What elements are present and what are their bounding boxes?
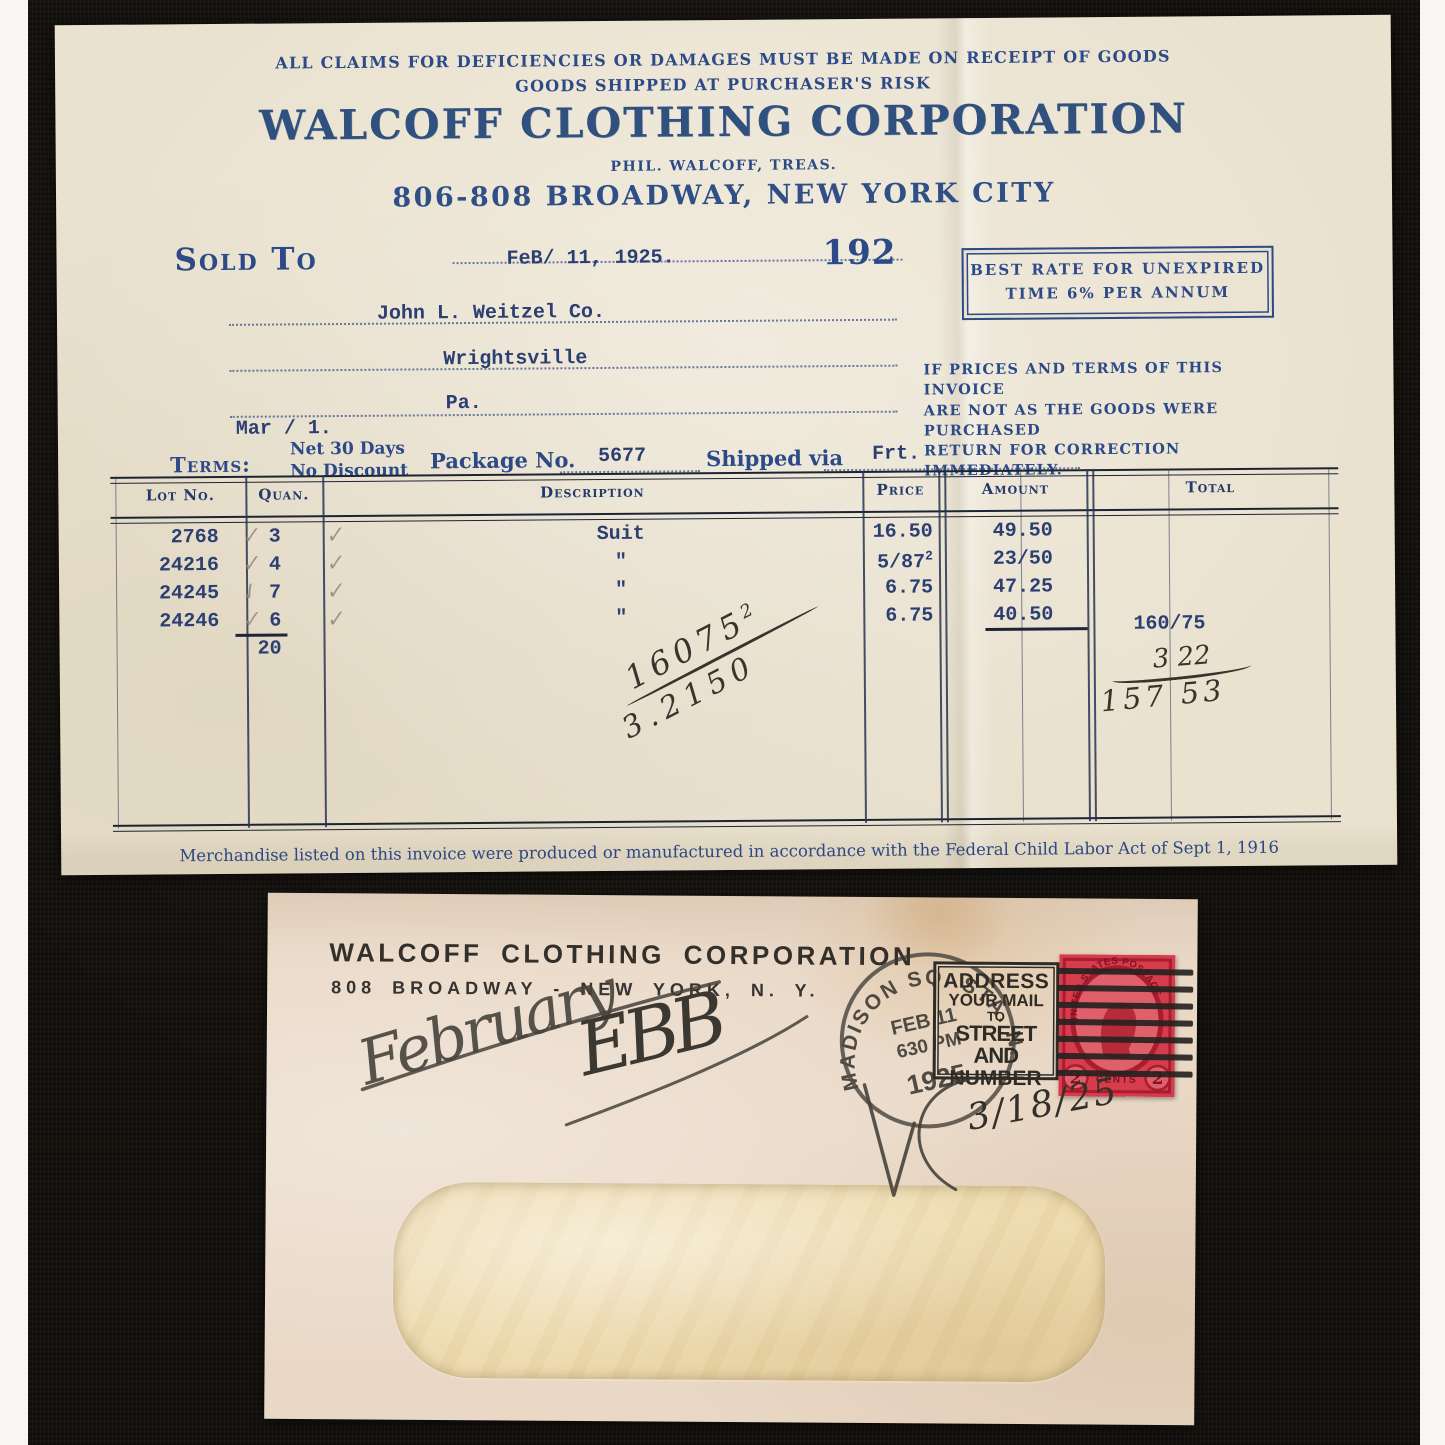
scanned-photo-scene: ALL CLAIMS FOR DEFICIENCIES OR DAMAGES M… <box>0 0 1445 1445</box>
header-amount: Amount <box>944 479 1086 498</box>
price-value: 6.75 <box>813 604 933 628</box>
pencil-tail-stroke <box>362 979 719 1091</box>
price-main: 5/87 <box>877 551 925 574</box>
lot-value: 24216 <box>119 554 219 578</box>
total-typed: 160/75 <box>1099 612 1239 636</box>
quan-total: 20 <box>210 637 282 661</box>
quan-value: 6 <box>209 609 281 633</box>
price-value: 16.50 <box>813 520 933 544</box>
invoice-date-typed: FeB/ 11, 1925. <box>506 246 674 270</box>
pencil-underline-stroke <box>566 1015 807 1127</box>
invoice-sheet: ALL CLAIMS FOR DEFICIENCIES OR DAMAGES M… <box>55 15 1398 875</box>
header-lot-no: Lot No. <box>115 486 245 505</box>
quan-value: 4 <box>209 553 281 577</box>
shipped-via-typed: Frt. <box>872 442 920 465</box>
pencil-checkmark-icon: ✓ <box>326 522 345 550</box>
customer-state-typed: Pa. <box>446 392 482 415</box>
pencil-checkmark-icon: ✓ <box>327 550 346 578</box>
header-total: Total <box>1092 477 1328 497</box>
year-preprint: 192 <box>822 233 896 274</box>
description-value: " <box>541 606 701 630</box>
correction-line2: ARE NOT AS THE GOODS WERE PURCHASED <box>924 398 1304 442</box>
claims-notice-line1: ALL CLAIMS FOR DEFICIENCIES OR DAMAGES M… <box>55 45 1391 74</box>
terms-label: Terms: <box>170 452 251 478</box>
correction-notice: IF PRICES AND TERMS OF THIS INVOICE ARE … <box>923 357 1304 482</box>
header-description: Description <box>322 481 862 503</box>
customer-city-typed: Wrightsville <box>443 347 587 371</box>
best-rate-box: BEST RATE FOR UNEXPIRED TIME 6% PER ANNU… <box>961 246 1274 320</box>
best-rate-line2: TIME 6% PER ANNUM <box>964 283 1272 303</box>
amount-value: 49.50 <box>963 519 1083 543</box>
customer-name-typed: John L. Weitzel Co. <box>377 301 605 326</box>
lot-value: 24245 <box>119 582 219 606</box>
header-quan: Quan. <box>245 485 322 504</box>
amount-value: 23/50 <box>963 547 1083 571</box>
pencil-checkmark-icon: ✓ <box>327 606 346 634</box>
quan-sum-rule <box>235 633 287 636</box>
company-name: WALCOFF CLOTHING CORPORATION <box>55 93 1391 151</box>
description-value: " <box>541 578 701 602</box>
quan-value: 3 <box>209 526 281 550</box>
due-date-typed: Mar / 1. <box>236 417 332 441</box>
shipped-via-label: Shipped via <box>706 445 843 471</box>
company-address: 806-808 BROADWAY, NEW YORK CITY <box>56 175 1392 216</box>
table-bottom-rule <box>113 815 1341 832</box>
amount-value: 40.50 <box>963 603 1083 627</box>
lot-value: 24246 <box>119 610 219 634</box>
description-value: " <box>541 550 701 574</box>
pencil-loop-stroke <box>919 1079 969 1189</box>
price-value: 5/872 <box>813 548 933 575</box>
company-officer: PHIL. WALCOFF, TREAS. <box>56 153 1392 179</box>
pencil-stroke-flourishes <box>264 893 1198 1425</box>
terms-value1: Net 30 Days <box>290 439 405 460</box>
package-no-label: Package No. <box>430 447 575 473</box>
pencil-check-stroke <box>864 1085 915 1195</box>
correction-line1: IF PRICES AND TERMS OF THIS INVOICE <box>923 357 1303 401</box>
price-value: 6.75 <box>813 576 933 600</box>
handwritten-final-total: 157 53 <box>1077 671 1249 721</box>
child-labor-footer: Merchandise listed on this invoice were … <box>61 837 1397 866</box>
quan-value: 7 <box>209 581 281 605</box>
package-no-typed: 5677 <box>598 445 646 468</box>
amount-value: 47.25 <box>963 575 1083 599</box>
pencil-checkmark-icon: ✓ <box>327 578 346 606</box>
description-value: Suit <box>541 522 701 546</box>
envelope: WALCOFF CLOTHING CORPORATION 808 BROADWA… <box>264 893 1198 1425</box>
lot-value: 2768 <box>119 526 219 550</box>
price-superscript: 2 <box>925 548 933 563</box>
sold-to-label: Sold To <box>174 241 317 278</box>
best-rate-line1: BEST RATE FOR UNEXPIRED <box>964 259 1272 279</box>
header-price: Price <box>862 480 938 499</box>
